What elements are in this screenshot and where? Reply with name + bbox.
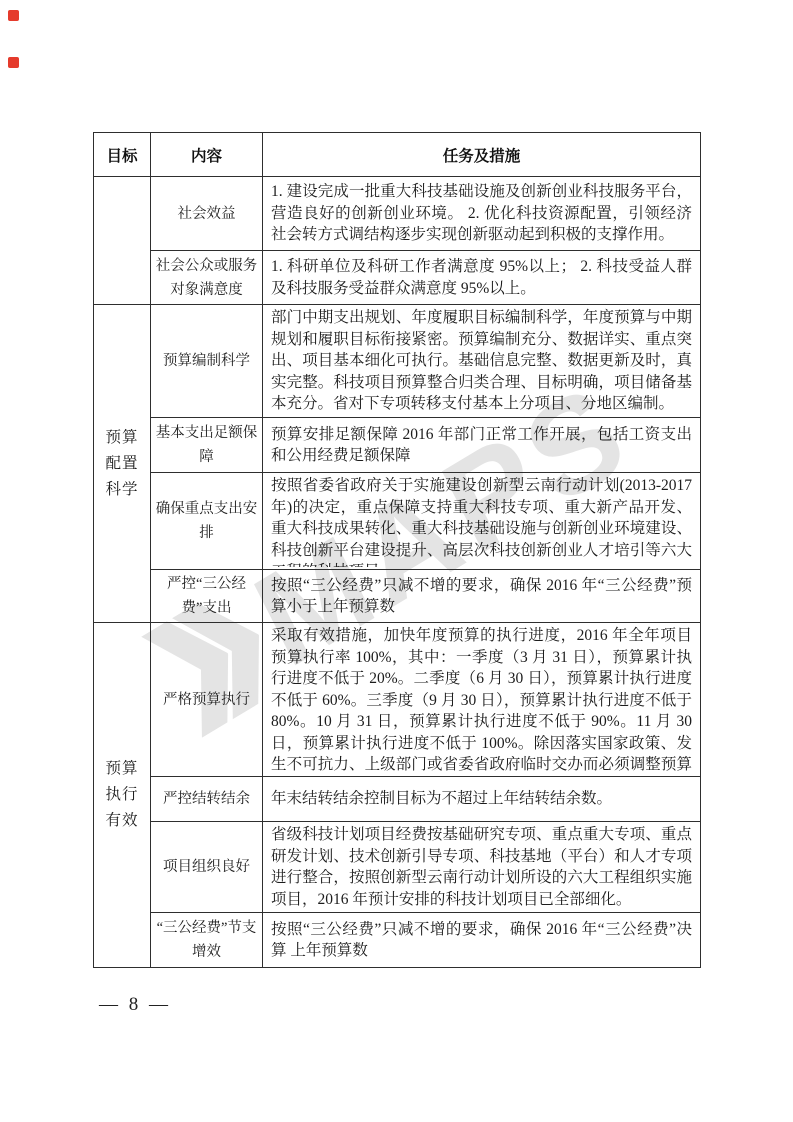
- measures-cell: 1. 建设完成一批重大科技基础设施及创新创业科技服务平台，营造良好的创新创业环境…: [263, 177, 701, 251]
- content-cell: 预算编制科学: [151, 305, 263, 418]
- table-row: 严控“三公经费”支出 按照“三公经费”只减不增的要求，确保 2016 年“三公经…: [94, 570, 701, 623]
- table-row: 社会效益 1. 建设完成一批重大科技基础设施及创新创业科技服务平台，营造良好的创…: [94, 177, 701, 251]
- table-row: 项目组织良好 省级科技计划项目经费按基础研究专项、重点重大专项、重点研发计划、技…: [94, 822, 701, 913]
- page-number: — 8 —: [99, 994, 171, 1016]
- measures-cell: 部门中期支出规划、年度履职目标编制科学，年度预算与中期规划和履职目标衔接紧密。预…: [263, 305, 701, 418]
- content-cell: 严格预算执行: [151, 623, 263, 777]
- measures-text: 部门中期支出规划、年度履职目标编制科学，年度预算与中期规划和履职目标衔接紧密。预…: [271, 307, 692, 415]
- table-row: 社会公众或服务对象满意度 1. 科研单位及科研工作者满意度 95%以上； 2. …: [94, 251, 701, 305]
- measures-cell: 省级科技计划项目经费按基础研究专项、重点重大专项、重点研发计划、技术创新引导专项…: [263, 822, 701, 913]
- goal-cell-budget-execution: 预算执行有效: [94, 623, 151, 968]
- content-cell: 项目组织良好: [151, 822, 263, 913]
- measures-text: 预算安排足额保障 2016 年部门正常工作开展，包括工资支出和公用经费足额保障: [271, 424, 692, 467]
- table-row: “三公经费”节支增效 按照“三公经费”只减不增的要求，确保 2016 年“三公经…: [94, 913, 701, 968]
- content-cell: “三公经费”节支增效: [151, 913, 263, 968]
- measures-cell: 采取有效措施，加快年度预算的执行进度，2016 年全年项目预算执行率 100%，…: [263, 623, 701, 777]
- document-page: MAPS 目标 内容 任务及措施 社会效益 1. 建设完成一批重大科技基础设施及…: [0, 0, 793, 1122]
- col-header-measures: 任务及措施: [263, 133, 701, 177]
- content-cell: 社会公众或服务对象满意度: [151, 251, 263, 305]
- measures-cell: 1. 科研单位及科研工作者满意度 95%以上； 2. 科技受益人群及科技服务受益…: [263, 251, 701, 305]
- content-cell: 严控“三公经费”支出: [151, 570, 263, 623]
- measures-cell: 按照“三公经费”只减不增的要求，确保 2016 年“三公经费”决算 上年预算数: [263, 913, 701, 968]
- col-header-goal: 目标: [94, 133, 151, 177]
- table-row: 预算执行有效 严格预算执行 采取有效措施，加快年度预算的执行进度，2016 年全…: [94, 623, 701, 777]
- content-cell: 社会效益: [151, 177, 263, 251]
- measures-text: 按照省委省政府关于实施建设创新型云南行动计划(2013-2017 年)的决定，重…: [271, 475, 692, 567]
- budget-performance-table: 目标 内容 任务及措施 社会效益 1. 建设完成一批重大科技基础设施及创新创业科…: [93, 132, 701, 968]
- measures-text: 年末结转结余控制目标为不超过上年结转结余数。: [271, 788, 692, 810]
- measures-cell: 预算安排足额保障 2016 年部门正常工作开展，包括工资支出和公用经费足额保障: [263, 418, 701, 473]
- red-marker-icon[interactable]: [8, 57, 19, 68]
- measures-text: 采取有效措施，加快年度预算的执行进度，2016 年全年项目预算执行率 100%，…: [271, 625, 692, 774]
- content-cell: 严控结转结余: [151, 777, 263, 822]
- measures-text: 按照“三公经费”只减不增的要求，确保 2016 年“三公经费”预算小于上年预算数: [271, 575, 692, 618]
- measures-text: 按照“三公经费”只减不增的要求，确保 2016 年“三公经费”决算 上年预算数: [271, 919, 692, 962]
- measures-cell: 按照省委省政府关于实施建设创新型云南行动计划(2013-2017 年)的决定，重…: [263, 473, 701, 570]
- measures-text: 省级科技计划项目经费按基础研究专项、重点重大专项、重点研发计划、技术创新引导专项…: [271, 824, 692, 910]
- content-cell: 确保重点支出安排: [151, 473, 263, 570]
- red-marker-icon[interactable]: [8, 10, 19, 21]
- content-cell: 基本支出足额保障: [151, 418, 263, 473]
- goal-cell-empty: [94, 177, 151, 305]
- measures-cell: 年末结转结余控制目标为不超过上年结转结余数。: [263, 777, 701, 822]
- col-header-content: 内容: [151, 133, 263, 177]
- table-row: 严控结转结余 年末结转结余控制目标为不超过上年结转结余数。: [94, 777, 701, 822]
- table-row: 基本支出足额保障 预算安排足额保障 2016 年部门正常工作开展，包括工资支出和…: [94, 418, 701, 473]
- table-header-row: 目标 内容 任务及措施: [94, 133, 701, 177]
- measures-text: 1. 科研单位及科研工作者满意度 95%以上； 2. 科技受益人群及科技服务受益…: [271, 256, 692, 299]
- table-row: 预算配置科学 预算编制科学 部门中期支出规划、年度履职目标编制科学，年度预算与中…: [94, 305, 701, 418]
- measures-cell: 按照“三公经费”只减不增的要求，确保 2016 年“三公经费”预算小于上年预算数: [263, 570, 701, 623]
- goal-cell-budget-allocation: 预算配置科学: [94, 305, 151, 623]
- table-row: 确保重点支出安排 按照省委省政府关于实施建设创新型云南行动计划(2013-201…: [94, 473, 701, 570]
- measures-text: 1. 建设完成一批重大科技基础设施及创新创业科技服务平台，营造良好的创新创业环境…: [271, 181, 692, 246]
